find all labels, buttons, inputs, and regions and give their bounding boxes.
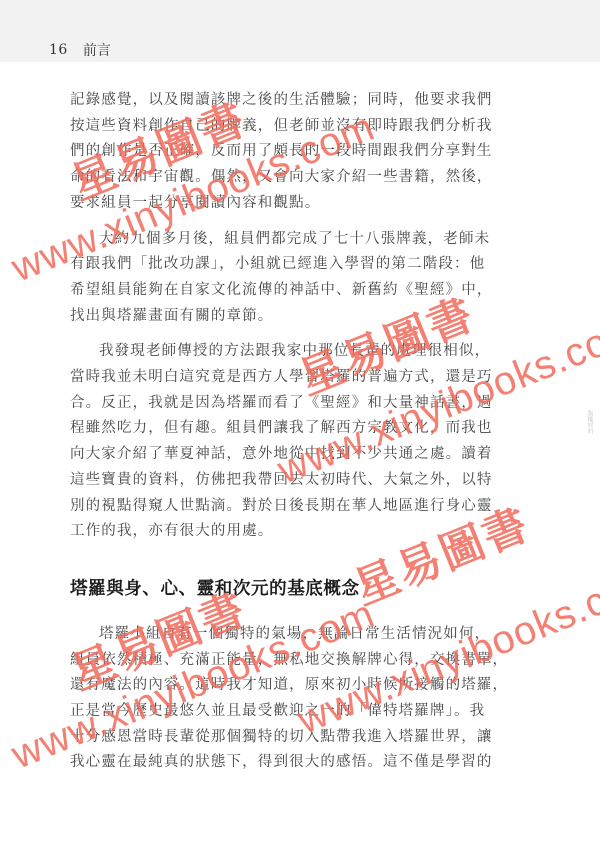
text-line: 有跟我們「批改功課」，小組就已經進入學習的第二階段：他 [70, 252, 518, 278]
text-line: 合。反正，我就是因為塔羅而看了《聖經》和大量神話書，過 [70, 391, 518, 417]
text-line: 塔羅小組自有一個獨特的氣場，無論日常生活情況如何， [70, 622, 518, 648]
text-line: 十分感恩當時長輩從那個獨特的切入點帶我進入塔羅世界，讓 [70, 725, 518, 751]
text-line: 當時我並未明白這究竟是西方人學習塔羅的普遍方式，還是巧 [70, 365, 518, 391]
text-line: 命的看法和宇宙觀。偶然，又會向大家介紹一些書籍，然後， [70, 165, 518, 191]
text-line: 找出與塔羅畫面有關的章節。 [70, 304, 518, 330]
chapter-title: 前言 [83, 40, 111, 60]
section-heading: 塔羅與身、心、靈和次元的基底概念 [70, 576, 518, 602]
paragraph-2: 大約九個多月後，組員們都完成了七十八張牌義，老師未 有跟我們「批改功課」，小組就… [70, 227, 518, 330]
section-paragraph-1: 塔羅小組自有一個獨特的氣場，無論日常生活情況如何， 組員依然積極、充滿正能量，無… [70, 622, 518, 776]
text-line: 記錄感覺，以及閱讀該牌之後的生活體驗；同時，他要求我們 [70, 88, 518, 114]
text-line: 我發現老師傳授的方法跟我家中那位長輩的處理很相似， [70, 339, 518, 365]
text-line: 我心靈在最純真的狀態下，得到很大的感悟。這不僅是學習的 [70, 750, 518, 776]
text-line: 還有魔法的內容。這時我才知道，原來初小時候所接觸的塔羅， [70, 673, 518, 699]
paragraph-1: 記錄感覺，以及閱讀該牌之後的生活體驗；同時，他要求我們 按這些資料創作自己的牌義… [70, 88, 518, 217]
copyright-side-stamp: 版權材料 [585, 410, 593, 434]
page-number: 16 [49, 42, 68, 58]
text-line: 按這些資料創作自己的牌義，但老師並沒有即時跟我們分析我 [70, 114, 518, 140]
page-body: 記錄感覺，以及閱讀該牌之後的生活體驗；同時，他要求我們 按這些資料創作自己的牌義… [70, 88, 518, 776]
text-line: 正是當今歷史最悠久並且最受歡迎之一的「偉特塔羅牌」。我 [70, 699, 518, 725]
text-line: 組員依然積極、充滿正能量，無私地交換解牌心得，交換書單， [70, 648, 518, 674]
text-line: 程雖然吃力，但有趣。組員們讓我了解西方宗教文化，而我也 [70, 416, 518, 442]
text-line: 們的創作是否正確，反而用了頗長的一段時間跟我們分享對生 [70, 139, 518, 165]
text-line: 別的視點得窺人世點滴。對於日後長期在華人地區進行身心靈 [70, 494, 518, 520]
running-header: 16 前言 [49, 40, 111, 60]
paragraph-3: 我發現老師傳授的方法跟我家中那位長輩的處理很相似， 當時我並未明白這究竟是西方人… [70, 339, 518, 545]
text-line: 希望組員能夠在自家文化流傳的神話中、新舊約《聖經》中， [70, 278, 518, 304]
text-line: 工作的我，亦有很大的用處。 [70, 519, 518, 545]
text-line: 向大家介紹了華夏神話，意外地從中找到不少共通之處。讀着 [70, 442, 518, 468]
text-line: 這些寶貴的資料，仿佛把我帶回去太初時代、大氣之外，以特 [70, 468, 518, 494]
text-line: 要求組員一起分享閱讀內容和觀點。 [70, 191, 518, 217]
text-line: 大約九個多月後，組員們都完成了七十八張牌義，老師未 [70, 227, 518, 253]
